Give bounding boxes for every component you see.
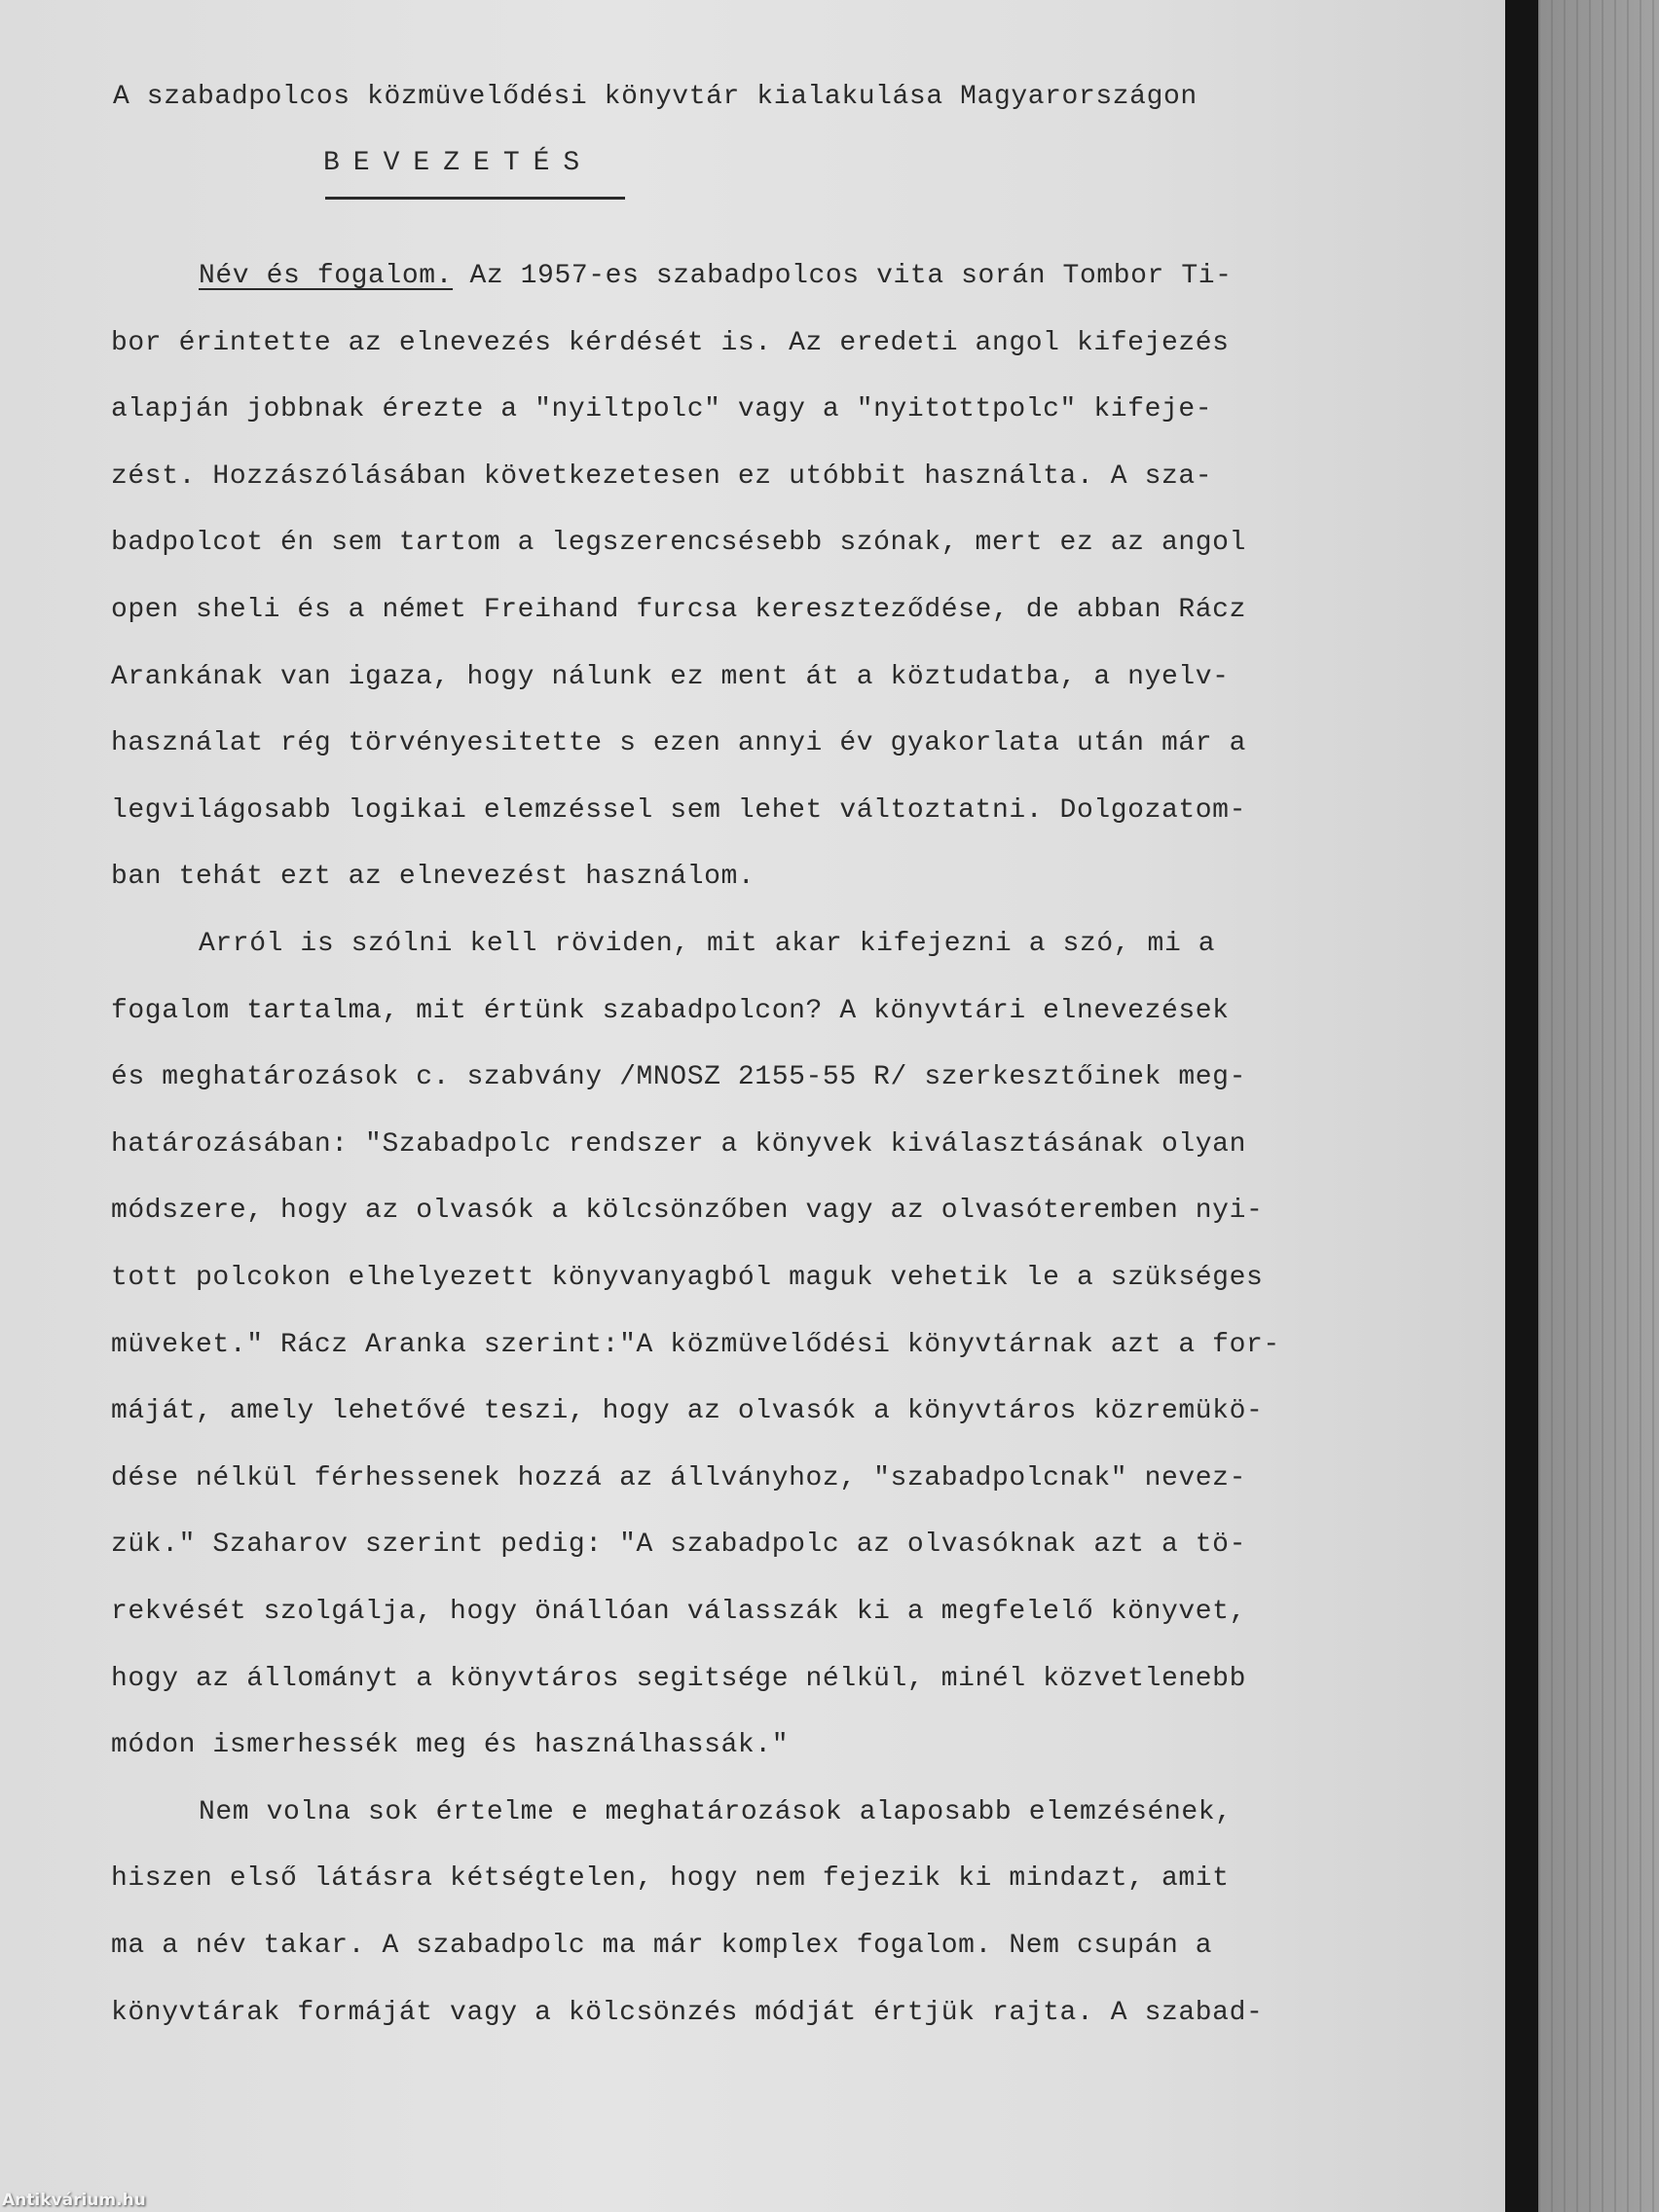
watermark: Antikvárium.hu bbox=[2, 2191, 146, 2210]
text-line: könyvtárak formáját vagy a kölcsönzés mó… bbox=[111, 1998, 1263, 2028]
text-line: ban tehát ezt az elnevezést használom. bbox=[111, 862, 755, 892]
text-line: zést. Hozzászólásában következetesen ez … bbox=[111, 461, 1212, 492]
line-text: Nem volna sok értelme e meghatározások a… bbox=[199, 1797, 1233, 1827]
line-text: használat rég törvényesitette s ezen ann… bbox=[111, 728, 1246, 758]
line-text: badpolcot én sem tartom a legszerencsése… bbox=[111, 528, 1246, 558]
text-line: legvilágosabb logikai elemzéssel sem leh… bbox=[111, 795, 1246, 826]
line-text: müveket." Rácz Aranka szerint:"A közmüve… bbox=[111, 1330, 1280, 1360]
text-line: hiszen első látásra kétségtelen, hogy ne… bbox=[111, 1863, 1230, 1894]
text-line: és meghatározások c. szabvány /MNOSZ 215… bbox=[111, 1062, 1246, 1092]
line-text: zést. Hozzászólásában következetesen ez … bbox=[111, 461, 1212, 492]
line-text: rekvését szolgálja, hogy önállóan válass… bbox=[111, 1597, 1246, 1627]
text-line: Nem volna sok értelme e meghatározások a… bbox=[199, 1797, 1233, 1827]
wooden-background bbox=[1538, 0, 1659, 2212]
text-line: Arról is szólni kell röviden, mit akar k… bbox=[199, 929, 1215, 959]
line-text: módon ismerhessék meg és használhassák." bbox=[111, 1730, 789, 1760]
heading-underline bbox=[325, 197, 625, 200]
line-text: módszere, hogy az olvasók a kölcsönzőben… bbox=[111, 1196, 1263, 1226]
line-text: legvilágosabb logikai elemzéssel sem leh… bbox=[111, 795, 1246, 826]
line-text: tott polcokon elhelyezett könyvanyagból … bbox=[111, 1263, 1263, 1293]
text-line: zük." Szaharov szerint pedig: "A szabadp… bbox=[111, 1530, 1246, 1560]
text-line: használat rég törvényesitette s ezen ann… bbox=[111, 728, 1246, 758]
text-line: tott polcokon elhelyezett könyvanyagból … bbox=[111, 1263, 1263, 1293]
document-page: A szabadpolcos közmüvelődési könyvtár ki… bbox=[0, 0, 1505, 2212]
text-line: fogalom tartalma, mit értünk szabadpolco… bbox=[111, 996, 1230, 1026]
line-text: zük." Szaharov szerint pedig: "A szabadp… bbox=[111, 1530, 1246, 1560]
text-line: rekvését szolgálja, hogy önállóan válass… bbox=[111, 1597, 1246, 1627]
line-text: ma a név takar. A szabadpolc ma már komp… bbox=[111, 1931, 1212, 1961]
line-text: és meghatározások c. szabvány /MNOSZ 215… bbox=[111, 1062, 1246, 1092]
text-line: alapján jobbnak érezte a "nyiltpolc" vag… bbox=[111, 394, 1212, 424]
line-text: hiszen első látásra kétségtelen, hogy ne… bbox=[111, 1863, 1230, 1894]
paragraph-lead-heading: Név és fogalom. bbox=[199, 261, 453, 291]
text-line: badpolcot én sem tartom a legszerencsése… bbox=[111, 528, 1246, 558]
text-line: bor érintette az elnevezés kérdését is. … bbox=[111, 328, 1230, 358]
text-line: dése nélkül férhessenek hozzá az állvány… bbox=[111, 1463, 1246, 1493]
line-text: határozásában: "Szabadpolc rendszer a kö… bbox=[111, 1129, 1246, 1160]
text-line: ma a név takar. A szabadpolc ma már komp… bbox=[111, 1931, 1212, 1961]
text-line: módon ismerhessék meg és használhassák." bbox=[111, 1730, 789, 1760]
line-text: open sheli és a német Freihand furcsa ke… bbox=[111, 595, 1246, 625]
line-text: Arról is szólni kell röviden, mit akar k… bbox=[199, 929, 1215, 959]
line-text: hogy az állományt a könyvtáros segitsége… bbox=[111, 1664, 1246, 1694]
line-text: alapján jobbnak érezte a "nyiltpolc" vag… bbox=[111, 394, 1212, 424]
text-line: máját, amely lehetővé teszi, hogy az olv… bbox=[111, 1396, 1263, 1426]
line-text: Arankának van igaza, hogy nálunk ez ment… bbox=[111, 662, 1230, 692]
text-line: open sheli és a német Freihand furcsa ke… bbox=[111, 595, 1246, 625]
binding-strip bbox=[1505, 0, 1538, 2212]
line-text: máját, amely lehetővé teszi, hogy az olv… bbox=[111, 1396, 1263, 1426]
document-title: A szabadpolcos közmüvelődési könyvtár ki… bbox=[113, 82, 1198, 112]
text-line: Arankának van igaza, hogy nálunk ez ment… bbox=[111, 662, 1230, 692]
text-line: módszere, hogy az olvasók a kölcsönzőben… bbox=[111, 1196, 1263, 1226]
text-line: müveket." Rácz Aranka szerint:"A közmüve… bbox=[111, 1330, 1280, 1360]
line-text: fogalom tartalma, mit értünk szabadpolco… bbox=[111, 996, 1230, 1026]
line-text: ban tehát ezt az elnevezést használom. bbox=[111, 862, 755, 892]
text-line: Név és fogalom. Az 1957-es szabadpolcos … bbox=[199, 261, 1233, 291]
line-text: könyvtárak formáját vagy a kölcsönzés mó… bbox=[111, 1998, 1263, 2028]
line-text: dése nélkül férhessenek hozzá az állvány… bbox=[111, 1463, 1246, 1493]
line-text: Az 1957-es szabadpolcos vita során Tombo… bbox=[453, 261, 1233, 291]
section-heading: BEVEZETÉS bbox=[323, 148, 593, 178]
text-line: határozásában: "Szabadpolc rendszer a kö… bbox=[111, 1129, 1246, 1160]
line-text: bor érintette az elnevezés kérdését is. … bbox=[111, 328, 1230, 358]
text-line: hogy az állományt a könyvtáros segitsége… bbox=[111, 1664, 1246, 1694]
